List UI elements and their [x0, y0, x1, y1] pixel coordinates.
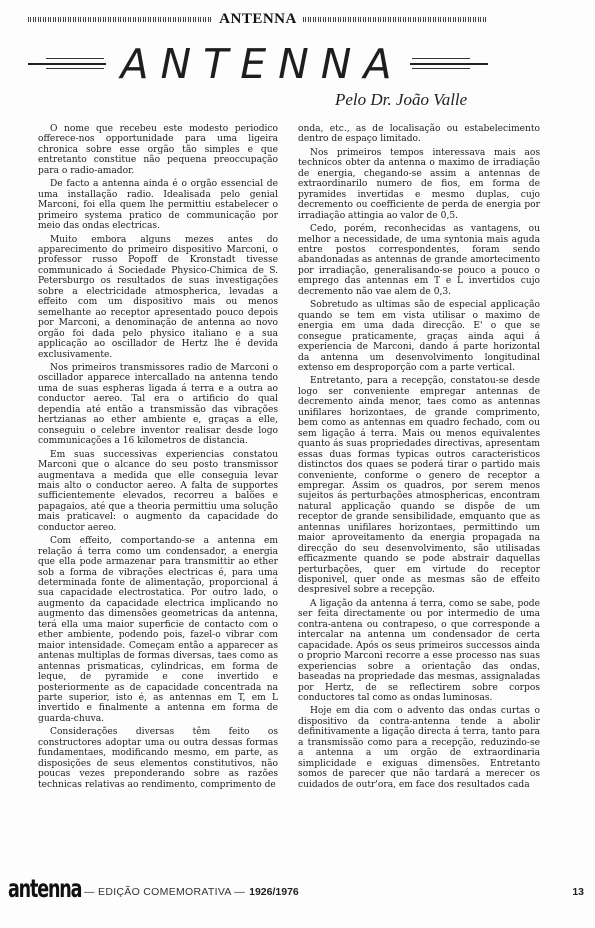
paragraph: Cedo, porém, reconhecidas as vantagens, …	[298, 224, 540, 297]
paragraph: Nos primeiros tempos interessava mais ao…	[298, 148, 540, 221]
paragraph: Muito embora alguns mezes antes do appar…	[38, 235, 278, 360]
paragraph: onda, etc., as de localisação ou estabel…	[298, 124, 540, 145]
paragraph: O nome que recebeu este modesto periodic…	[38, 124, 278, 176]
running-header: ANTENNA	[28, 6, 488, 32]
author-byline: Pelo Dr. João Valle	[335, 90, 467, 110]
title-row: ANTENNA	[28, 40, 488, 88]
paragraph: Nos primeiros transmissores radio de Mar…	[38, 363, 278, 447]
article-title: ANTENNA	[106, 44, 409, 85]
header-rule-left	[28, 17, 213, 22]
paragraph: De facto a antenna ainda é o orgão essen…	[38, 179, 278, 231]
right-column: onda, etc., as de localisação ou estabel…	[298, 124, 540, 793]
paragraph: Com effeito, comportando-se a antenna em…	[38, 536, 278, 724]
paragraph: Considerações diversas têm feito os cons…	[38, 727, 278, 790]
title-ornament-right	[410, 57, 488, 71]
header-rule-right	[303, 17, 488, 22]
page-number: 13	[572, 886, 584, 898]
paragraph: A ligação da antenna á terra, como se sa…	[298, 599, 540, 704]
left-column: O nome que recebeu este modesto periodic…	[38, 124, 278, 793]
paragraph: Sobretudo as ultimas são de especial app…	[298, 300, 540, 373]
magazine-logo: antenna	[8, 878, 56, 900]
paragraph: Em suas successivas experiencias constat…	[38, 450, 278, 534]
edition-label: — EDIÇÃO COMEMORATIVA —	[84, 886, 245, 900]
magazine-page: ANTENNA ANTENNA Pelo Dr. João Valle O no…	[0, 0, 595, 928]
page-footer: antenna — EDIÇÃO COMEMORATIVA — 1926/197…	[8, 876, 588, 900]
paragraph: Hoje em dia com o advento das ondas curt…	[298, 706, 540, 790]
running-title: ANTENNA	[213, 11, 303, 28]
title-ornament-left	[28, 57, 106, 71]
paragraph: Entretanto, para a recepção, constatou-s…	[298, 376, 540, 596]
edition-years: 1926/1976	[249, 886, 299, 900]
